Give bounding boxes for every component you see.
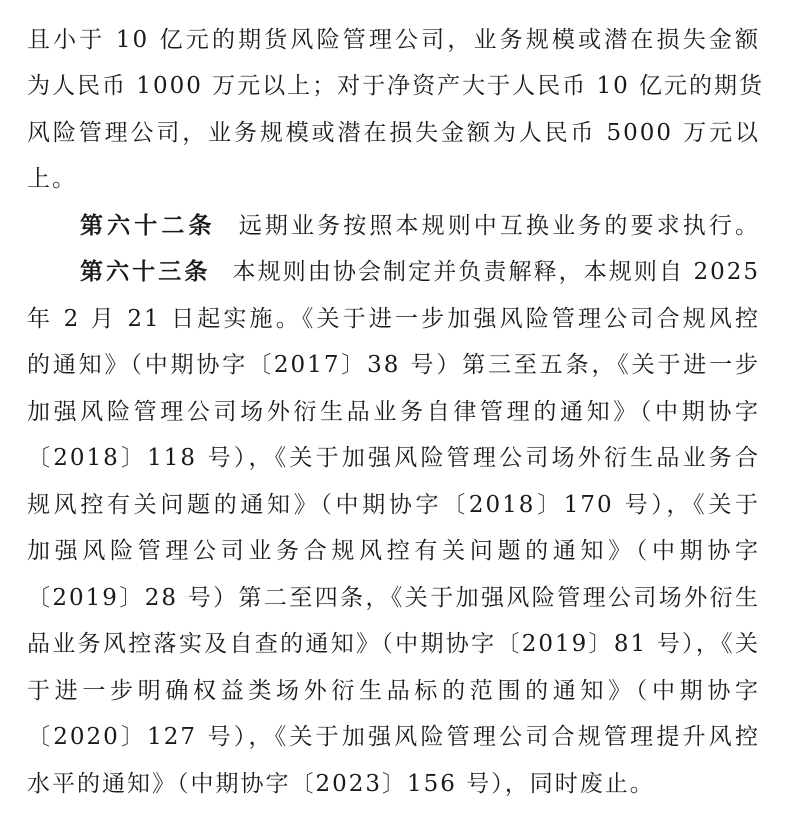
text-line-13: 〔2019〕28 号）第二至四条，《关于加强风险管理公司场外衍生 (27, 578, 760, 618)
line-text: 为人民币 1000 万元以上；对于净资产大于人民币 10 亿元的期货 (27, 73, 764, 99)
line-text: 的通知》（中期协字〔2017〕38 号）第三至五条，《关于进一步 (27, 352, 760, 378)
text-line-9: 加强风险管理公司场外衍生品业务自律管理的通知》（中期协字 (27, 392, 760, 432)
line-text: 水平的通知》（中期协字〔2023〕156 号），同时废止。 (27, 771, 655, 797)
text-line-12: 加强风险管理公司业务合规风控有关问题的通知》（中期协字 (27, 531, 760, 571)
article-62: 第六十二条远期业务按照本规则中互换业务的要求执行。 (80, 206, 760, 246)
article-63-text: 本规则由协会制定并负责解释，本规则自 2025 (232, 259, 760, 285)
text-line-16: 〔2020〕127 号），《关于加强风险管理公司合规管理提升风控 (27, 717, 760, 757)
line-text: 风险管理公司，业务规模或潜在损失金额为人民币 5000 万元以 (27, 120, 760, 146)
text-line-10: 〔2018〕118 号），《关于加强风险管理公司场外衍生品业务合 (27, 438, 760, 478)
line-text: 〔2020〕127 号），《关于加强风险管理公司合规管理提升风控 (27, 724, 760, 750)
line-text: 〔2019〕28 号）第二至四条，《关于加强风险管理公司场外衍生 (27, 585, 760, 611)
text-line-8: 的通知》（中期协字〔2017〕38 号）第三至五条，《关于进一步 (27, 345, 760, 385)
article-63: 第六十三条本规则由协会制定并负责解释，本规则自 2025 (80, 252, 760, 292)
text-line-4: 上。 (27, 159, 760, 199)
document-page: 且小于 10 亿元的期货风险管理公司，业务规模或潜在损失金额 为人民币 1000… (0, 0, 796, 832)
line-text: 〔2018〕118 号），《关于加强风险管理公司场外衍生品业务合 (27, 445, 760, 471)
line-text: 规风控有关问题的通知》（中期协字〔2018〕170 号），《关于 (27, 492, 760, 518)
line-text: 加强风险管理公司业务合规风控有关问题的通知》（中期协字 (27, 538, 760, 564)
text-line-3: 风险管理公司，业务规模或潜在损失金额为人民币 5000 万元以 (27, 113, 760, 153)
text-line-11: 规风控有关问题的通知》（中期协字〔2018〕170 号），《关于 (27, 485, 760, 525)
text-line-15: 于进一步明确权益类场外衍生品标的范围的通知》（中期协字 (27, 671, 760, 711)
text-line-14: 品业务风控落实及自查的通知》（中期协字〔2019〕81 号），《关 (27, 624, 760, 664)
line-text: 且小于 10 亿元的期货风险管理公司，业务规模或潜在损失金额 (27, 27, 760, 53)
text-line-7: 年 2 月 21 日起实施。《关于进一步加强风险管理公司合规风控 (27, 299, 760, 339)
article-62-label: 第六十二条 (80, 212, 216, 239)
line-text: 加强风险管理公司场外衍生品业务自律管理的通知》（中期协字 (27, 399, 760, 425)
article-63-label: 第六十三条 (80, 258, 210, 285)
text-line-1: 且小于 10 亿元的期货风险管理公司，业务规模或潜在损失金额 (27, 20, 760, 60)
line-text: 上。 (27, 166, 77, 192)
article-62-text: 远期业务按照本规则中互换业务的要求执行。 (238, 213, 760, 239)
line-text: 于进一步明确权益类场外衍生品标的范围的通知》（中期协字 (27, 678, 760, 704)
text-line-2: 为人民币 1000 万元以上；对于净资产大于人民币 10 亿元的期货 (27, 66, 760, 106)
line-text: 品业务风控落实及自查的通知》（中期协字〔2019〕81 号），《关 (27, 631, 760, 657)
text-line-17: 水平的通知》（中期协字〔2023〕156 号），同时废止。 (27, 764, 760, 804)
line-text: 年 2 月 21 日起实施。《关于进一步加强风险管理公司合规风控 (27, 306, 760, 332)
